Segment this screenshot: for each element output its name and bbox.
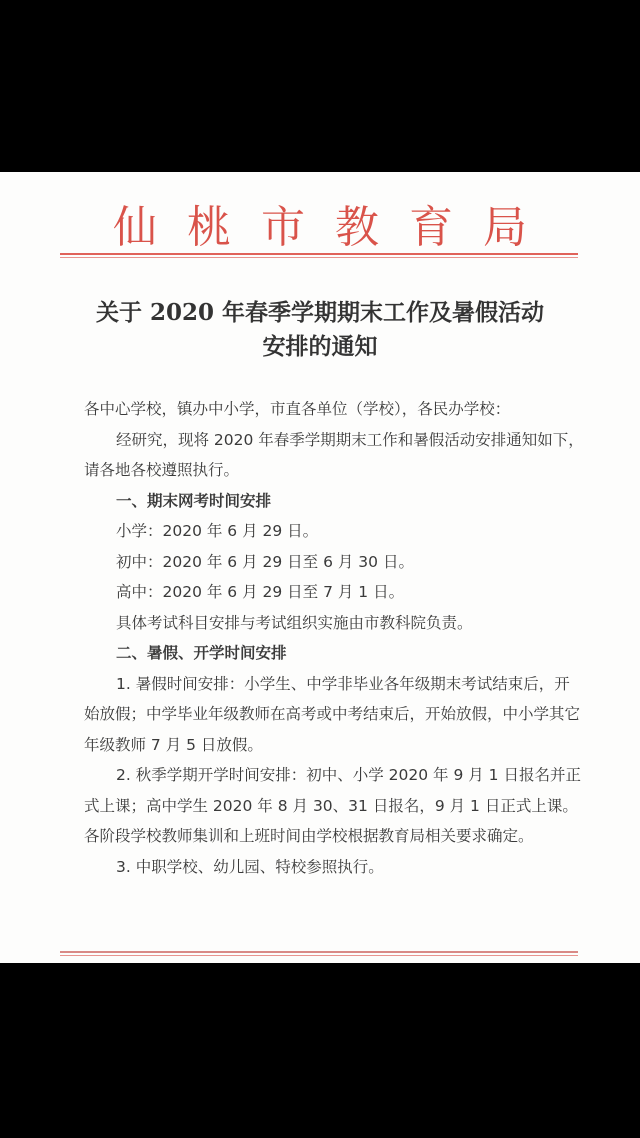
- section-1-item: 小学：2020 年 6 月 29 日。: [84, 516, 584, 547]
- section-1-heading: 一、期末网考时间安排: [84, 486, 584, 517]
- masthead-title: 仙桃市教育局: [0, 200, 640, 256]
- document-page: 仙桃市教育局 关于 2020 年春季学期期末工作及暑假活动 安排的通知 各中心学…: [0, 172, 640, 963]
- section-1-item: 高中：2020 年 6 月 29 日至 7 月 1 日。: [84, 577, 584, 608]
- section-2-item: 2. 秋季学期开学时间安排：初中、小学 2020 年 9 月 1 日报名并正式上…: [84, 760, 584, 852]
- addressee: 各中心学校，镇办中小学，市直各单位（学校），各民办学校：: [84, 394, 584, 425]
- section-2-heading: 二、暑假、开学时间安排: [84, 638, 584, 669]
- notice-body: 各中心学校，镇办中小学，市直各单位（学校），各民办学校： 经研究，现将 2020…: [84, 394, 584, 882]
- notice-title-line-1: 关于 2020 年春季学期期末工作及暑假活动: [0, 296, 640, 330]
- section-2-item: 3. 中职学校、幼儿园、特校参照执行。: [84, 852, 584, 883]
- section-1-item: 初中：2020 年 6 月 29 日至 6 月 30 日。: [84, 547, 584, 578]
- intro-paragraph: 经研究，现将 2020 年春季学期期末工作和暑假活动安排通知如下，请各地各校遵照…: [84, 425, 584, 486]
- masthead-divider: [60, 253, 578, 258]
- footer-divider: [60, 951, 578, 956]
- section-2-item: 1. 暑假时间安排：小学生、中学非毕业各年级期末考试结束后，开始放假；中学毕业年…: [84, 669, 584, 761]
- section-1-item: 具体考试科目安排与考试组织实施由市教科院负责。: [84, 608, 584, 639]
- notice-title-line-2: 安排的通知: [0, 330, 640, 364]
- notice-title: 关于 2020 年春季学期期末工作及暑假活动 安排的通知: [0, 296, 640, 364]
